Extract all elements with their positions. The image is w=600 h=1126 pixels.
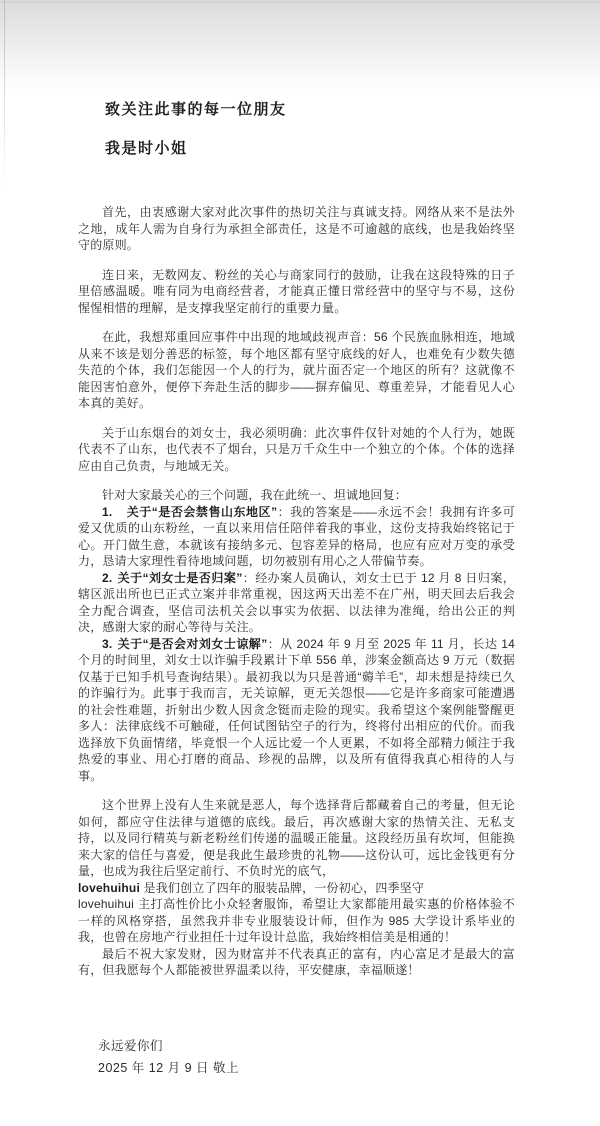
paragraph-three-questions-intro: 针对大家最关心的三个问题，我在此统一、坦诚地回复： <box>78 487 515 504</box>
answer-item-3-number: 3. <box>102 637 112 651</box>
letter-title: 致关注此事的每一位朋友 <box>105 98 515 119</box>
letter-body: 首先，由衷感谢大家对此次事件的热切关注与真诚支持。网络从来不是法外之地，成年人需… <box>78 204 515 979</box>
paragraph-support: 连日来，无数网友、粉丝的关心与商家同行的鼓励，让我在这段特殊的日子里倍感温暖。唯… <box>78 267 515 317</box>
answer-item-3-text: ：从 2024 年 9 月至 2025 年 11 月，长达 14 个月的时间里，… <box>78 637 515 783</box>
letter-page: 致关注此事的每一位朋友 我是时小姐 首先，由衷感谢大家对此次事件的热切关注与真诚… <box>0 0 600 1079</box>
answer-item-2-question: 关于“刘女士是否归案” <box>117 571 242 585</box>
signature-date: 2025 年 12 月 9 日 敬上 <box>98 1057 515 1079</box>
answer-item-1-number: 1. <box>102 505 112 519</box>
answer-item-1-question: 关于“是否会禁售山东地区” <box>126 505 277 519</box>
paragraph-wishes: 最后不祝大家发财，因为财富并不代表真正的富有，内心富足才是最大的富有，但我愿每个… <box>78 946 515 979</box>
signature-block: 永远爱你们 2025 年 12 月 9 日 敬上 <box>98 1035 515 1079</box>
paragraph-gratitude: 首先，由衷感谢大家对此次事件的热切关注与真诚支持。网络从来不是法外之地，成年人需… <box>78 204 515 254</box>
answer-item-2: 2.关于“刘女士是否归案”：经办案人员确认，刘女士已于 12 月 8 日归案，辖… <box>78 570 515 636</box>
answer-item-3-question: 关于“是否会对刘女士谅解” <box>117 637 267 651</box>
letter-subtitle: 我是时小姐 <box>105 137 515 158</box>
answer-item-1: 1.关于“是否会禁售山东地区”：我的答案是——永远不会！我拥有许多可爱又优质的山… <box>78 504 515 570</box>
signature-line: 永远爱你们 <box>98 1035 515 1057</box>
brand-name-bold: lovehuihui <box>78 881 140 895</box>
brand-statement-line: lovehuihui 是我们创立了四年的服装品牌，一份初心，四季坚守 <box>78 880 515 897</box>
paragraph-regional-bias: 在此，我想郑重回应事件中出现的地域歧视声音：56 个民族血脉相连，地域从来不该是… <box>78 329 515 412</box>
paragraph-brand-description: lovehuihui 主打高性价比小众轻奢服饰，希望让大家都能用最实惠的价格体验… <box>78 896 515 946</box>
paragraph-ms-liu: 关于山东烟台的刘女士，我必须明确：此次事件仅针对她的个人行为，她既代表不了山东，… <box>78 425 515 475</box>
answer-item-3: 3.关于“是否会对刘女士谅解”：从 2024 年 9 月至 2025 年 11 … <box>78 636 515 785</box>
brand-statement-text: 是我们创立了四年的服装品牌，一份初心，四季坚守 <box>140 881 424 895</box>
answer-item-2-number: 2. <box>102 571 112 585</box>
paragraph-closing: 这个世界上没有人生来就是恶人，每个选择背后都藏着自己的考量，但无论如何，都应守住… <box>78 797 515 880</box>
letter-header: 致关注此事的每一位朋友 我是时小姐 <box>105 98 515 158</box>
